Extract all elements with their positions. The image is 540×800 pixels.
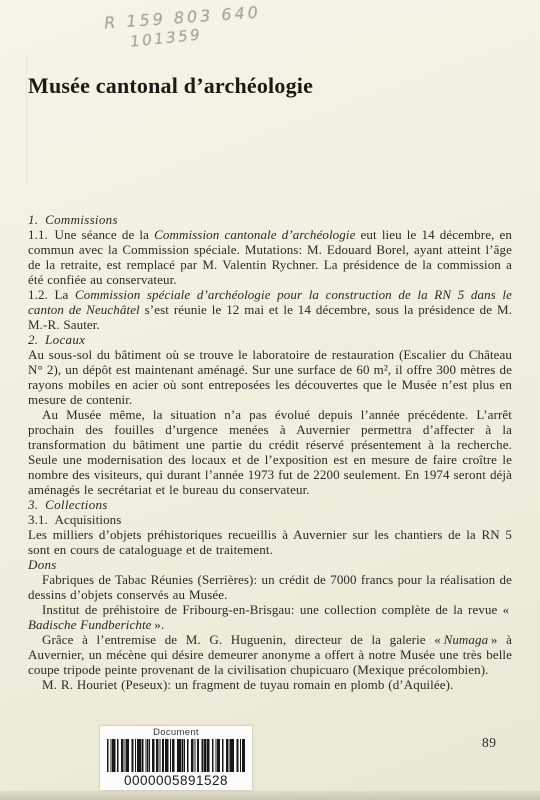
section-heading-collections: 3. Collections [28, 497, 512, 512]
paper-crease-line [26, 56, 27, 184]
barcode-label-title: Document [100, 727, 252, 738]
paragraph-locaux-1: Au sous-sol du bâtiment où se trouve le … [28, 347, 512, 407]
section-heading-dons: Dons [28, 557, 512, 572]
page-title: Musée cantonal d’archéologie [28, 73, 313, 99]
document-body: 1. Commissions 1.1. Une séance de la Com… [28, 212, 512, 692]
paragraph-1-2: 1.2. La Commission spéciale d’archéologi… [28, 287, 512, 332]
paragraph-don-institut-italic: Badische Fundberichte [28, 617, 152, 632]
paragraph-don-huguenin-lead: Grâce à l’entremise de M. G. Huguenin, d… [42, 632, 444, 647]
paragraph-don-institut-lead: Institut de préhistoire de Fribourg-en-B… [42, 602, 512, 617]
paragraph-1-1: 1.1. Une séance de la Commission cantona… [28, 227, 512, 287]
paragraph-don-institut-rest: ». [152, 617, 165, 632]
paragraph-acquisitions: Les milliers d’objets préhistoriques rec… [28, 527, 512, 557]
subsection-heading-acquisitions: 3.1. Acquisitions [28, 512, 512, 527]
paragraph-locaux-2: Au Musée même, la situation n’a pas évol… [28, 407, 512, 497]
library-barcode-label: Document 0000005891528 [100, 726, 252, 790]
section-heading-commissions: 1. Commissions [28, 212, 512, 227]
paragraph-1-2-lead: 1.2. La [28, 287, 75, 302]
scanned-document-page: R 159 803 640 101359 Musée cantonal d’ar… [0, 0, 540, 800]
paragraph-don-tabac: Fabriques de Tabac Réunies (Serrières): … [28, 572, 512, 602]
paragraph-don-huguenin-italic: Numaga [444, 632, 489, 647]
scan-bottom-edge [0, 791, 540, 800]
section-heading-locaux: 2. Locaux [28, 332, 512, 347]
paragraph-1-1-lead: 1.1. Une séance de la [28, 227, 154, 242]
paragraph-1-1-italic: Commission cantonale d’archéologie [154, 227, 355, 242]
paragraph-don-houriet: M. R. Houriet (Peseux): un fragment de t… [28, 677, 512, 692]
paragraph-don-huguenin: Grâce à l’entremise de M. G. Huguenin, d… [28, 632, 512, 677]
page-number: 89 [482, 735, 497, 751]
paragraph-don-institut: Institut de préhistoire de Fribourg-en-B… [28, 602, 512, 632]
barcode-number: 0000005891528 [100, 773, 252, 788]
barcode-icon [107, 739, 245, 772]
